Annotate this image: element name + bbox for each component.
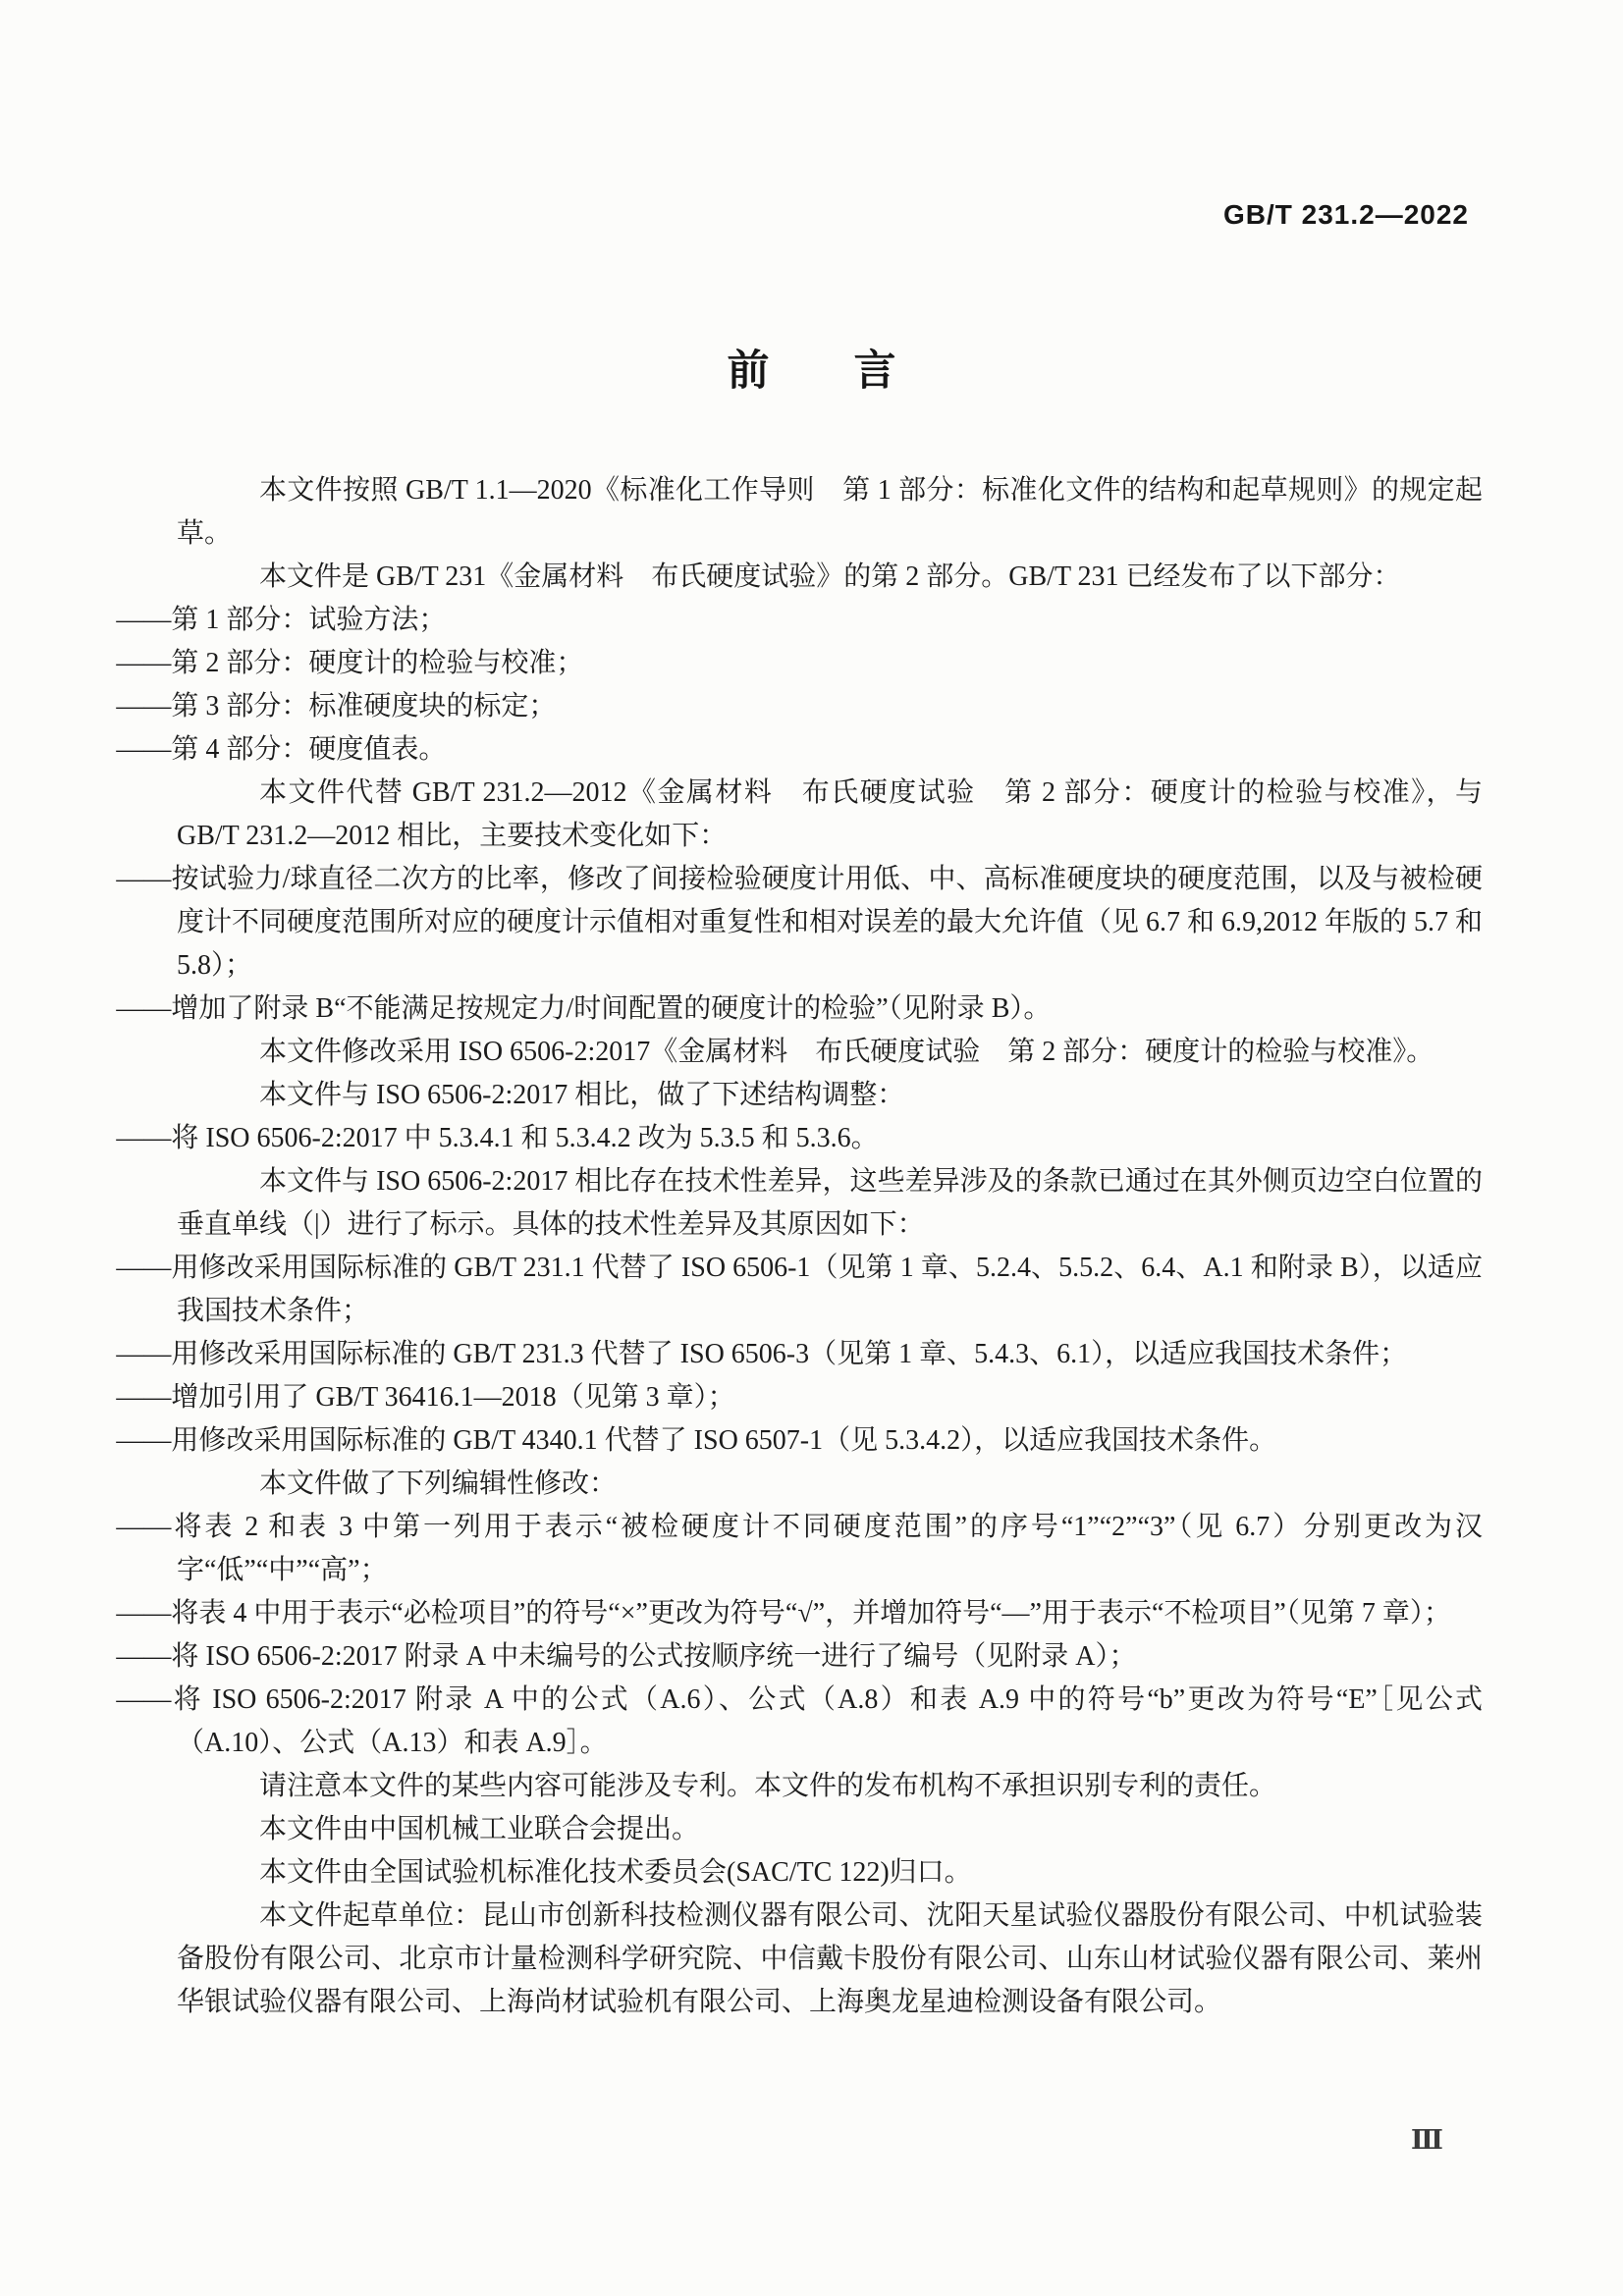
paragraph: 请注意本文件的某些内容可能涉及专利。本文件的发布机构不承担识别专利的责任。 [177, 1765, 1483, 1808]
list-item: ——用修改采用国际标准的 GB/T 231.1 代替了 ISO 6506-1（见… [177, 1247, 1483, 1333]
paragraph: 本文件与 ISO 6506-2:2017 相比存在技术性差异，这些差异涉及的条款… [177, 1160, 1483, 1247]
paragraph: 本文件由中国机械工业联合会提出。 [177, 1808, 1483, 1851]
paragraph: 本文件起草单位：昆山市创新科技检测仪器有限公司、沈阳天星试验仪器股份有限公司、中… [177, 1895, 1483, 2024]
foreword-body: 本文件按照 GB/T 1.1—2020《标准化工作导则 第 1 部分：标准化文件… [177, 469, 1483, 2024]
list-item: ——增加引用了 GB/T 36416.1—2018（见第 3 章）； [177, 1376, 1483, 1419]
document-page: GB/T 231.2—2022 前 言 本文件按照 GB/T 1.1—2020《… [0, 0, 1623, 2296]
list-item: ——增加了附录 B“不能满足按规定力/时间配置的硬度计的检验”（见附录 B）。 [177, 988, 1483, 1031]
paragraph: 本文件修改采用 ISO 6506-2:2017《金属材料 布氏硬度试验 第 2 … [177, 1031, 1483, 1074]
list-item: ——第 2 部分：硬度计的检验与校准； [177, 642, 1483, 685]
list-item: ——第 4 部分：硬度值表。 [177, 728, 1483, 772]
paragraph: 本文件代替 GB/T 231.2—2012《金属材料 布氏硬度试验 第 2 部分… [177, 772, 1483, 858]
list-item: ——将 ISO 6506-2:2017 附录 A 中的公式（A.6）、公式（A.… [177, 1679, 1483, 1765]
paragraph: 本文件做了下列编辑性修改： [177, 1463, 1483, 1506]
doc-number: GB/T 231.2—2022 [1223, 199, 1469, 231]
list-item: ——按试验力/球直径二次方的比率，修改了间接检验硬度计用低、中、高标准硬度块的硬… [177, 858, 1483, 988]
list-item: ——将表 4 中用于表示“必检项目”的符号“×”更改为符号“√”，并增加符号“—… [177, 1592, 1483, 1635]
page-title: 前 言 [0, 338, 1623, 398]
list-item: ——将 ISO 6506-2:2017 中 5.3.4.1 和 5.3.4.2 … [177, 1117, 1483, 1160]
list-item: ——第 1 部分：试验方法； [177, 599, 1483, 642]
paragraph: 本文件由全国试验机标准化技术委员会(SAC/TC 122)归口。 [177, 1851, 1483, 1895]
paragraph: 本文件按照 GB/T 1.1—2020《标准化工作导则 第 1 部分：标准化文件… [177, 469, 1483, 556]
list-item: ——将表 2 和表 3 中第一列用于表示“被检硬度计不同硬度范围”的序号“1”“… [177, 1506, 1483, 1592]
list-item: ——将 ISO 6506-2:2017 附录 A 中未编号的公式按顺序统一进行了… [177, 1635, 1483, 1679]
list-item: ——第 3 部分：标准硬度块的标定； [177, 685, 1483, 728]
paragraph: 本文件是 GB/T 231《金属材料 布氏硬度试验》的第 2 部分。GB/T 2… [177, 556, 1483, 599]
paragraph: 本文件与 ISO 6506-2:2017 相比，做了下述结构调整： [177, 1074, 1483, 1117]
list-item: ——用修改采用国际标准的 GB/T 231.3 代替了 ISO 6506-3（见… [177, 1333, 1483, 1376]
list-item: ——用修改采用国际标准的 GB/T 4340.1 代替了 ISO 6507-1（… [177, 1419, 1483, 1463]
page-number: Ⅲ [1411, 2125, 1443, 2156]
